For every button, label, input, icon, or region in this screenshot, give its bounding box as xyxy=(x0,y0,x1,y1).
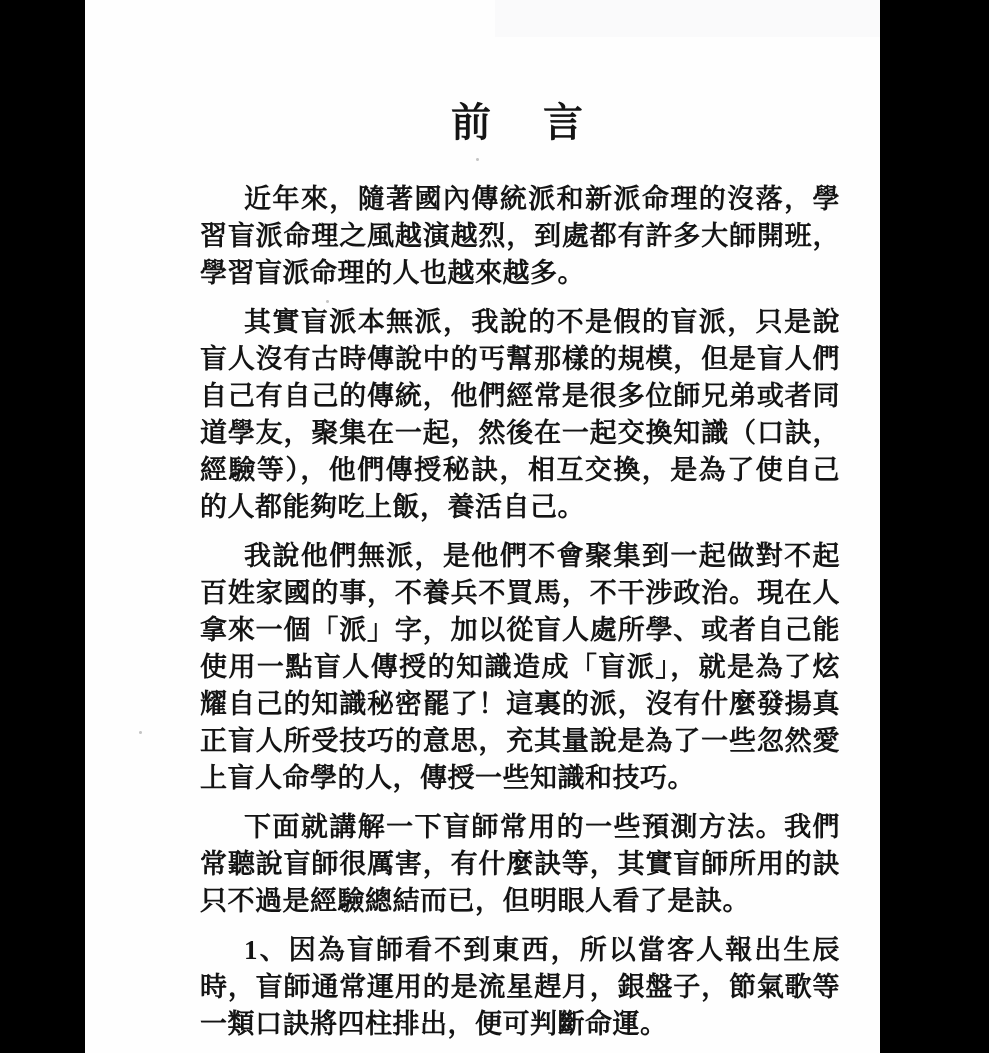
scan-speck xyxy=(139,731,142,734)
page-content: 前 言 近年來，隨著國內傳統派和新派命理的沒落，學習盲派命理之風越演越烈，到處都… xyxy=(200,0,840,1043)
paragraph-3: 我說他們無派，是他們不會聚集到一起做對不起百姓家國的事，不養兵不買馬，不干涉政治… xyxy=(200,538,840,797)
paragraph-4: 下面就講解一下盲師常用的一些預測方法。我們常聽說盲師很厲害，有什麼訣等，其實盲師… xyxy=(200,809,840,920)
paragraph-1: 近年來，隨著國內傳統派和新派命理的沒落，學習盲派命理之風越演越烈，到處都有許多大… xyxy=(200,181,840,292)
scan-border-right xyxy=(880,0,989,1053)
page-title: 前 言 xyxy=(200,0,840,146)
paragraph-5: 1、因為盲師看不到東西，所以當客人報出生辰時，盲師通常運用的是流星趕月，銀盤子，… xyxy=(200,932,840,1043)
scan-border-left xyxy=(0,0,85,1053)
scanned-book-page: 前 言 近年來，隨著國內傳統派和新派命理的沒落，學習盲派命理之風越演越烈，到處都… xyxy=(0,0,989,1053)
paragraph-2: 其實盲派本無派，我說的不是假的盲派，只是說盲人沒有古時傳說中的丐幫那樣的規模，但… xyxy=(200,304,840,526)
